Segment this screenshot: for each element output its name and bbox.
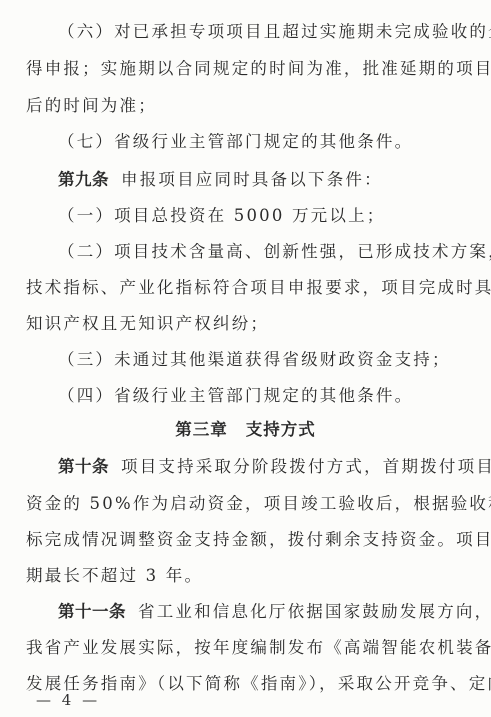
paragraph-line: 知识产权且无知识产权纠纷； <box>26 314 466 334</box>
chapter-number: 第三章 <box>175 420 228 439</box>
paragraph-line: 后的时间为准； <box>26 96 466 116</box>
article-text: 项目支持采取分阶段拨付方式，首期拨付项目支持 <box>121 457 491 476</box>
article-9-heading: 第九条申报项目应同时具备以下条件： <box>58 170 466 190</box>
chapter-heading: 第三章支持方式 <box>0 420 491 440</box>
paragraph-line: 期最长不超过 3 年。 <box>26 566 466 586</box>
paragraph-line: （六）对已承担专项项目且超过实施期未完成验收的企业不 <box>58 22 466 42</box>
list-item: （二）项目技术含量高、创新性强，已形成技术方案，相关 <box>58 242 466 262</box>
list-item: （三）未通过其他渠道获得省级财政资金支持； <box>58 350 466 370</box>
document-page: （六）对已承担专项项目且超过实施期未完成验收的企业不 得申报；实施期以合同规定的… <box>0 0 491 717</box>
paragraph-line: 标完成情况调整资金支持金额，拨付剩余支持资金。项目实施周 <box>26 530 466 550</box>
article-text: 申报项目应同时具备以下条件： <box>121 170 383 189</box>
article-label: 第十一条 <box>58 602 126 621</box>
page-number: — 4 — <box>36 690 100 710</box>
paragraph-line: 资金的 50%作为启动资金，项目竣工验收后，根据验收和绩效目 <box>26 494 466 514</box>
article-label: 第九条 <box>58 170 109 189</box>
chapter-title: 支持方式 <box>246 420 316 439</box>
paragraph-line: 技术指标、产业化指标符合项目申报要求，项目完成时具有自主 <box>26 278 466 298</box>
article-label: 第十条 <box>58 457 109 476</box>
paragraph-line: （七）省级行业主管部门规定的其他条件。 <box>58 132 466 152</box>
article-10-heading: 第十条项目支持采取分阶段拨付方式，首期拨付项目支持 <box>58 457 466 477</box>
list-item: （四）省级行业主管部门规定的其他条件。 <box>58 386 466 406</box>
paragraph-line: 得申报；实施期以合同规定的时间为准，批准延期的项目以延期 <box>26 59 466 79</box>
article-text: 省工业和信息化厅依据国家鼓励发展方向，结合 <box>138 602 491 621</box>
article-11-heading: 第十一条省工业和信息化厅依据国家鼓励发展方向，结合 <box>58 602 466 622</box>
paragraph-line: 我省产业发展实际，按年度编制发布《高端智能农机装备高质量 <box>26 638 466 658</box>
list-item: （一）项目总投资在 5000 万元以上； <box>58 206 466 226</box>
